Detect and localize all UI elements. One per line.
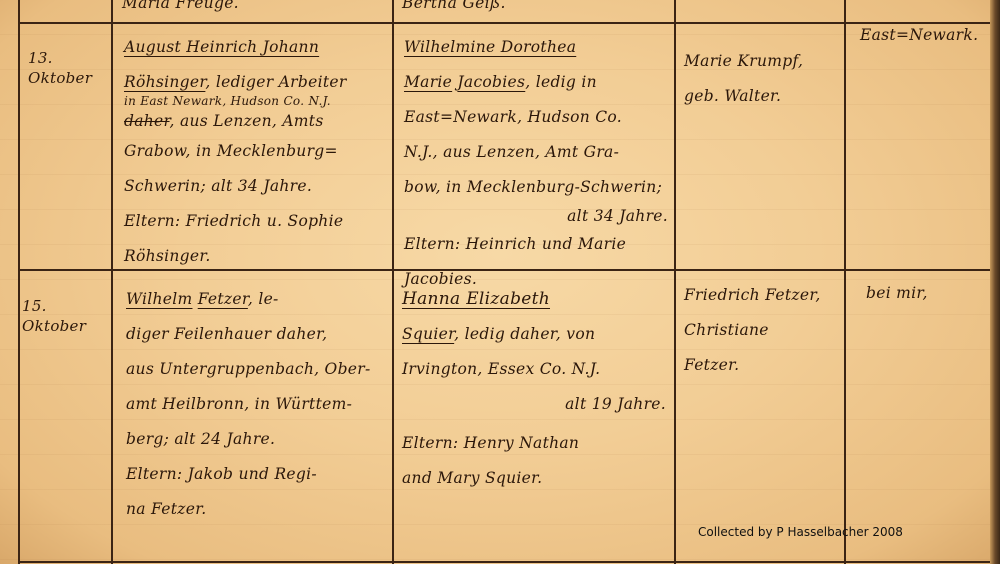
column-rule-bride <box>674 0 676 564</box>
entry-1-bride-origin-2: bow, in Mecklenburg-Schwerin; <box>404 170 672 205</box>
column-rule-witnesses <box>844 0 846 564</box>
entry-1-witness-maiden-name: geb. Walter. <box>684 79 844 114</box>
entry-1-groom: August Heinrich Johann Röhsinger, ledige… <box>124 30 392 274</box>
entry-2-bride-surname: Squier <box>402 325 454 343</box>
entry-2-date: 15. Oktober <box>22 296 112 336</box>
entry-2-groom-occupation: diger Feilenhauer daher, <box>126 317 392 352</box>
entry-2-witness-2-given: Christiane <box>684 313 844 348</box>
entry-2-date-text: 15. Oktober <box>22 297 86 335</box>
entry-1-bride: Wilhelmine Dorothea Marie Jacobies, ledi… <box>404 30 672 297</box>
entry-1-bride-given-name-2: Marie <box>404 73 452 91</box>
entry-2-groom: Wilhelm Fetzer, le- diger Feilenhauer da… <box>126 282 392 527</box>
entry-1-date: 13. Oktober <box>28 48 112 88</box>
entry-1-groom-struck-word: daher <box>124 112 170 130</box>
entry-2-groom-parents-surname: na Fetzer. <box>126 492 392 527</box>
entry-2-groom-origin-1: aus Untergruppenbach, Ober- <box>126 352 392 387</box>
collector-watermark: Collected by P Hasselbacher 2008 <box>698 525 903 539</box>
entry-2-witness-2-surname: Fetzer. <box>684 348 844 383</box>
column-rule-left <box>18 0 20 564</box>
entry-1-bride-residence: East=Newark, Hudson Co. <box>404 100 672 135</box>
entry-1-groom-parents: Eltern: Friedrich u. Sophie <box>124 204 392 239</box>
entry-2-bride-parents: Eltern: Henry Nathan <box>402 426 672 461</box>
entry-2-bride-parents-2: and Mary Squier. <box>402 461 672 496</box>
entry-1-place-text: East=Newark. <box>860 18 990 53</box>
entry-1-date-text: 13. Oktober <box>28 49 92 87</box>
entry-1-bride-given-names: Wilhelmine Dorothea <box>404 38 576 56</box>
entry-1-groom-age: Schwerin; alt 34 Jahre. <box>124 169 392 204</box>
column-rule-groom <box>392 0 394 564</box>
previous-entry-groom-tail: Maria Freugé. <box>122 0 382 21</box>
entry-1-bride-status: , ledig in <box>525 73 597 91</box>
entry-1-groom-parents-surname: Röhsinger. <box>124 239 392 274</box>
entry-1-bride-surname: Jacobies <box>457 73 525 91</box>
entry-2-groom-parents: Eltern: Jakob und Regi- <box>126 457 392 492</box>
entry-1-bride-age: alt 34 Jahre. <box>404 205 672 227</box>
book-spine-edge <box>990 0 1000 564</box>
entry-1-place: East=Newark. <box>860 18 990 53</box>
entry-2-witnesses: Friedrich Fetzer, Christiane Fetzer. <box>684 278 844 383</box>
entry-2-bride-given-names: Hanna Elizabeth <box>402 289 550 309</box>
entry-1-groom-occupation: , lediger Arbeiter <box>205 73 346 91</box>
entry-1-groom-residence-insert: in East Newark, Hudson Co. N.J. <box>124 94 392 108</box>
entry-2-groom-surname: Fetzer <box>198 290 248 308</box>
previous-bride-text: Bertha Geiß. <box>402 0 662 21</box>
entry-1-groom-surname: Röhsinger <box>124 73 205 91</box>
previous-entry-bride-tail: Bertha Geiß. <box>402 0 662 21</box>
entry-2-witness-1: Friedrich Fetzer, <box>684 278 844 313</box>
entry-2-bride-age: alt 19 Jahre. <box>402 387 672 422</box>
entry-2-groom-given-name: Wilhelm <box>126 290 192 308</box>
row-rule-1 <box>18 22 990 24</box>
entry-2-bride-status: , ledig daher, von <box>454 325 595 343</box>
previous-groom-text: Maria Freugé. <box>122 0 382 21</box>
entry-2-groom-age: berg; alt 24 Jahre. <box>126 422 392 457</box>
entry-2-place-text: bei mir, <box>866 276 990 311</box>
entry-1-bride-origin-1: N.J., aus Lenzen, Amt Gra- <box>404 135 672 170</box>
entry-2-groom-origin-2: amt Heilbronn, in Württem- <box>126 387 392 422</box>
entry-1-witness-name: Marie Krumpf, <box>684 44 844 79</box>
entry-2-bride-origin: Irvington, Essex Co. N.J. <box>402 352 672 387</box>
entry-1-groom-given-names: August Heinrich Johann <box>124 38 319 56</box>
entry-2-groom-status: , le- <box>248 290 279 308</box>
entry-1-bride-parents: Eltern: Heinrich und Marie <box>404 227 672 262</box>
row-rule-3 <box>18 561 990 563</box>
entry-2-place: bei mir, <box>866 276 990 311</box>
entry-1-witnesses: Marie Krumpf, geb. Walter. <box>684 44 844 114</box>
entry-2-bride: Hanna Elizabeth Squier, ledig daher, von… <box>402 282 672 496</box>
entry-1-groom-origin: Grabow, in Mecklenburg= <box>124 134 392 169</box>
